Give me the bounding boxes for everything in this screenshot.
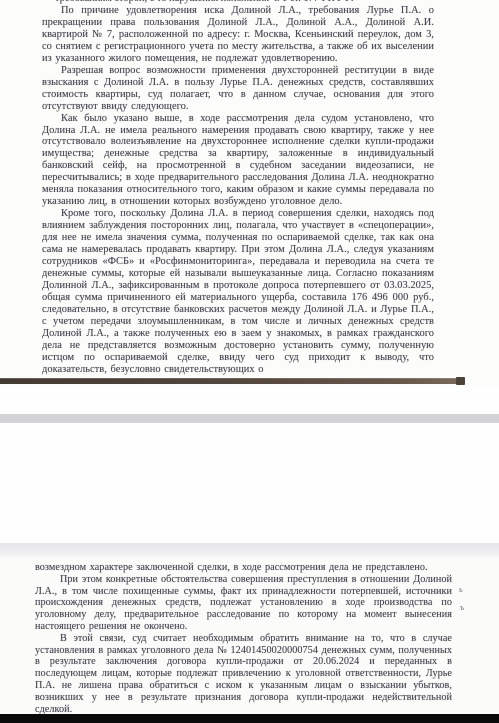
page1-bottom-edge	[0, 378, 464, 384]
document-scan: требованиям сторон, с то нарушения полож…	[0, 0, 499, 723]
page1-paragraph-4: Кроме того, поскольку Долина Л.А. в пери…	[42, 208, 434, 375]
page1-bottom-edge-tip	[456, 377, 465, 385]
page2-top-shadow	[0, 543, 499, 558]
page2-paragraph-2: При этом конкретные обстоятельства совер…	[35, 574, 452, 633]
separator-band	[0, 414, 499, 423]
page1-clipped-line-text: требованиям сторон, с то нарушения полож…	[55, 0, 475, 4]
page2-paragraph-3: В этой связи, суд считает необходимым об…	[35, 633, 452, 715]
page2-margin-mark-2: ъ	[460, 603, 464, 612]
page2-text-block: возмездном характере заключенной сделки,…	[35, 562, 452, 715]
page2-margin-mark-1: ь	[459, 585, 463, 594]
bottom-black-bar	[0, 714, 499, 723]
page2-paragraph-1: возмездном характере заключенной сделки,…	[35, 562, 452, 574]
page1-text-block: По причине удовлетворения иска Долиной Л…	[42, 5, 434, 377]
page1-paragraph-2: Разрешая вопрос возможности применения д…	[42, 65, 434, 113]
page1-paragraph-1: По причине удовлетворения иска Долиной Л…	[42, 5, 434, 65]
page1-paragraph-3: Как было указано выше, в ходе рассмотрен…	[42, 113, 434, 209]
